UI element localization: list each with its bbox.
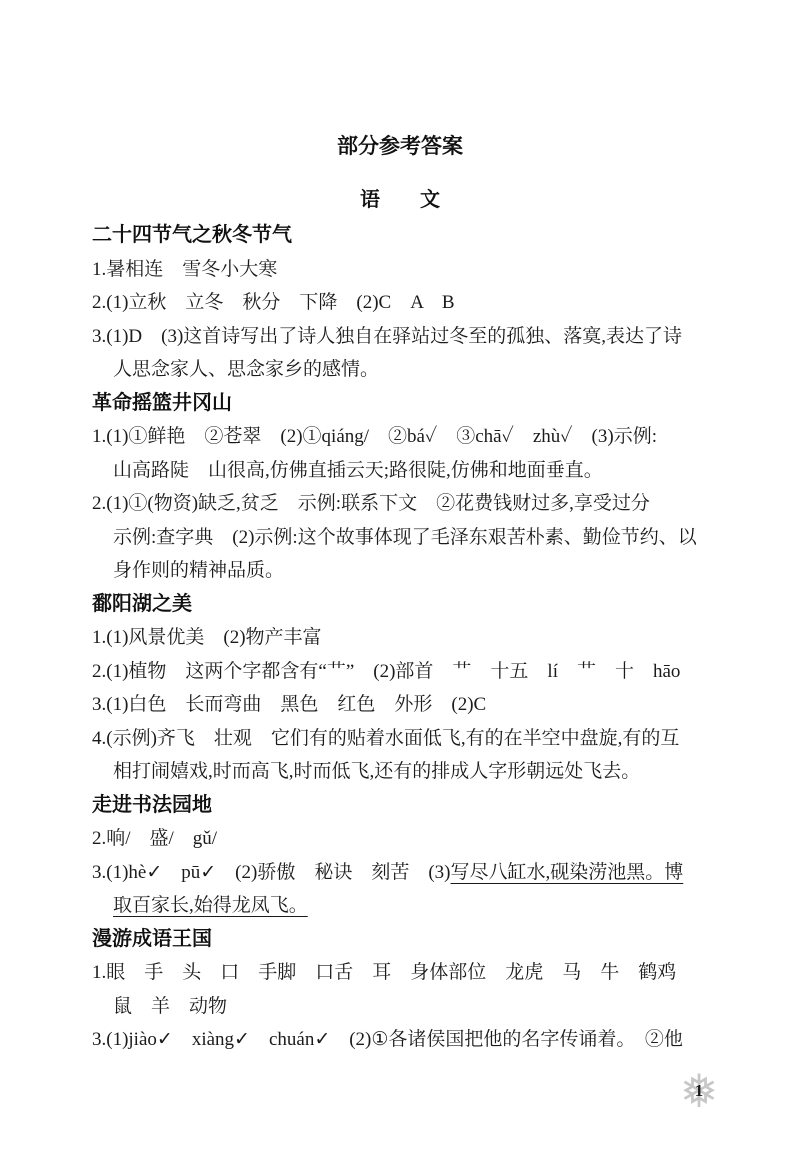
answers-content: 二十四节气之秋冬节气 1.暑相连 雪冬小大寒 2.(1)立秋 立冬 秋分 下降 … (92, 219, 720, 1057)
answer-line-normal-part: 3.(1)hè✓ pū✓ (2)骄傲 秘诀 刻苦 (3) (92, 862, 451, 883)
answer-line-continuation: 鼠 羊 动物 (92, 990, 720, 1024)
answer-line-continuation: 人思念家人、思念家乡的感情。 (92, 353, 720, 387)
page-number: 1 (676, 1068, 722, 1114)
answer-line: 1.眼 手 头 口 手脚 口舌 耳 身体部位 龙虎 马 牛 鹤鸡 (92, 956, 720, 990)
answer-line-continuation: 取百家长,始得龙凤飞。 (92, 889, 720, 923)
section-heading-jinggangshan: 革命摇篮井冈山 (92, 387, 720, 421)
answer-line: 3.(1)jiào✓ xiàng✓ chuán✓ (2)①各诸侯国把他的名字传诵… (92, 1023, 720, 1057)
answer-line: 2.(1)立秋 立冬 秋分 下降 (2)C A B (92, 286, 720, 320)
section-heading-calligraphy: 走进书法园地 (92, 789, 720, 823)
answer-key-page: 部分参考答案 语 文 二十四节气之秋冬节气 1.暑相连 雪冬小大寒 2.(1)立… (0, 0, 800, 1166)
answer-line: 2.(1)植物 这两个字都含有“艹” (2)部首 艹 十五 lí 艹 十 hāo (92, 655, 720, 689)
answer-line-continuation: 示例:查字典 (2)示例:这个故事体现了毛泽东艰苦朴素、勤俭节约、以 (92, 521, 720, 555)
answer-line: 2.(1)①(物资)缺乏,贫乏 示例:联系下文 ②花费钱财过多,享受过分 (92, 487, 720, 521)
answer-line: 4.(示例)齐飞 壮观 它们有的贴着水面低飞,有的在半空中盘旋,有的互 (92, 722, 720, 756)
answer-line-continuation: 山高路陡 山很高,仿佛直插云天;路很陡,仿佛和地面垂直。 (92, 454, 720, 488)
section-heading-solar-terms: 二十四节气之秋冬节气 (92, 219, 720, 253)
subject-title: 语 文 (0, 183, 800, 217)
page-title: 部分参考答案 (0, 130, 800, 164)
answer-line: 1.暑相连 雪冬小大寒 (92, 253, 720, 287)
section-heading-poyang-lake: 鄱阳湖之美 (92, 588, 720, 622)
underlined-quotation: 写尽八缸水,砚染涝池黑。博 (451, 862, 684, 883)
answer-line-continuation: 身作则的精神品质。 (92, 554, 720, 588)
answer-line: 3.(1)D (3)这首诗写出了诗人独自在驿站过冬至的孤独、落寞,表达了诗 (92, 320, 720, 354)
underlined-quotation: 取百家长,始得龙凤飞。 (113, 895, 308, 916)
page-number-badge: ❅ 1 (676, 1068, 722, 1114)
section-heading-idiom-kingdom: 漫游成语王国 (92, 923, 720, 957)
answer-line: 1.(1)风景优美 (2)物产丰富 (92, 621, 720, 655)
answer-line-continuation: 相打闹嬉戏,时而高飞,时而低飞,还有的排成人字形朝远处飞去。 (92, 755, 720, 789)
answer-line: 2.响/ 盛/ gǔ/ (92, 822, 720, 856)
answer-line: 1.(1)①鲜艳 ②苍翠 (2)①qiáng/ ②bá✓ ③chā✓ zhù✓ … (92, 420, 720, 454)
answer-line: 3.(1)白色 长而弯曲 黑色 红色 外形 (2)C (92, 688, 720, 722)
answer-line: 3.(1)hè✓ pū✓ (2)骄傲 秘诀 刻苦 (3)写尽八缸水,砚染涝池黑。… (92, 856, 720, 890)
